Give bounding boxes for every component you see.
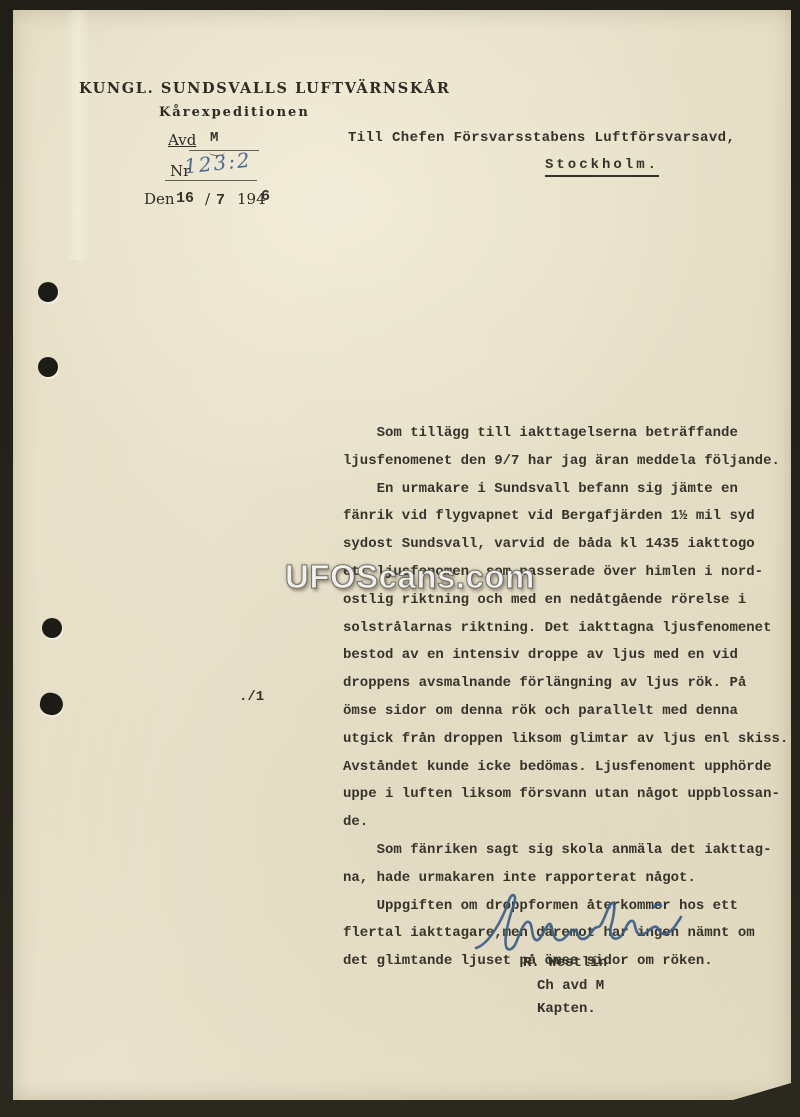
nr-rule [165, 180, 257, 181]
body-line: na, hade urmakaren inte rapporterat någo… [343, 865, 800, 893]
body-line: droppens avsmalnande förlängning av ljus… [343, 670, 800, 698]
date-label: Den [144, 190, 175, 208]
date-year-digit: 6 [261, 188, 270, 205]
paper-sheet: KUNGL. SUNDSVALLS LUFTVÄRNSKÅR Kårexpedi… [13, 10, 791, 1100]
punch-hole [38, 282, 58, 302]
margin-note: ./1 [239, 689, 264, 705]
body-line: En urmakare i Sundsvall befann sig jämte… [343, 476, 800, 504]
body-line: de. [343, 809, 800, 837]
letterhead-organization: KUNGL. SUNDSVALLS LUFTVÄRNSKÅR [79, 80, 451, 97]
avd-value: M [210, 130, 218, 146]
date-month: 7 [216, 192, 225, 209]
punch-hole [38, 357, 58, 377]
scanned-letter-page: KUNGL. SUNDSVALLS LUFTVÄRNSKÅR Kårexpedi… [0, 0, 800, 1117]
body-line: Avståndet kunde icke bedömas. Ljusfenome… [343, 754, 800, 782]
body-line: utgick från droppen liksom glimtar av lj… [343, 726, 800, 754]
avd-label: Avd [168, 131, 196, 149]
punch-hole [42, 618, 62, 638]
body-line: Som fänriken sagt sig skola anmäla det i… [343, 837, 800, 865]
body-line: ostlig riktning och med en nedåtgående r… [343, 587, 800, 615]
date-day: 16 [176, 190, 194, 207]
body-line: ljusfenomenet den 9/7 har jag äran medde… [343, 448, 800, 476]
body-line: uppe i luften liksom försvann utan något… [343, 781, 800, 809]
body-line: Som tillägg till iakttagelserna beträffa… [343, 420, 800, 448]
recipient-line: Till Chefen Försvarsstabens Luftförsvars… [348, 130, 735, 146]
scan-light-streak [65, 10, 91, 260]
date-separator: / [205, 190, 210, 208]
body-line: ett ljusfenomen, som passerade över himl… [343, 559, 800, 587]
nr-handwritten-value: 123:2 [183, 148, 253, 179]
body-line: ömse sidor om denna rök och parallelt me… [343, 698, 800, 726]
punch-hole [38, 691, 66, 718]
signer-role: Ch avd M [537, 978, 604, 994]
body-line: sydost Sundsvall, varvid de båda kl 1435… [343, 531, 800, 559]
body-line: bestod av en intensiv droppe av ljus med… [343, 642, 800, 670]
body-line: solstrålarnas riktning. Det iakttagna lj… [343, 615, 800, 643]
recipient-city: Stockholm. [545, 157, 659, 177]
body-line: fänrik vid flygvapnet vid Bergafjärden 1… [343, 503, 800, 531]
signer-name: R. Westlin [523, 955, 607, 971]
signer-rank: Kapten. [537, 1001, 596, 1017]
letterhead-office: Kårexpeditionen [159, 105, 310, 120]
